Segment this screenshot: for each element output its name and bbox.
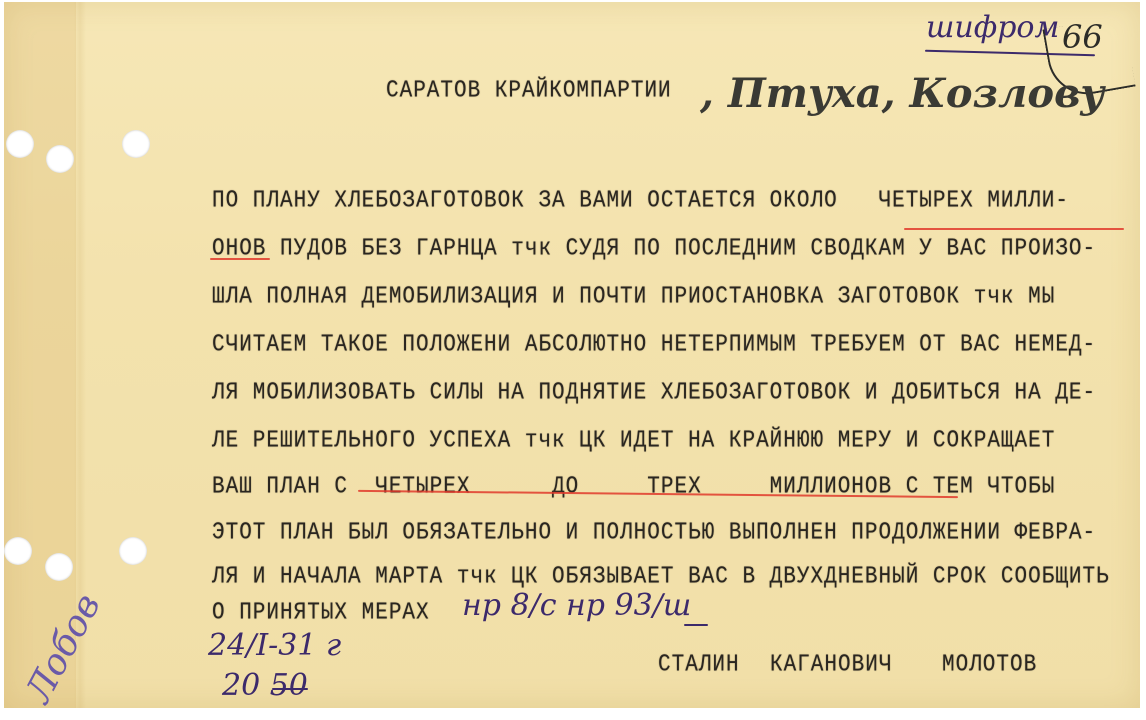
body-line-10: О ПРИНЯТЫХ МЕРАХ	[212, 600, 430, 626]
body-line-8: ЭТОТ ПЛАН БЫЛ ОБЯЗАТЕЛЬНО И ПОЛНОСТЬЮ ВЫ…	[212, 520, 1096, 546]
body-line-2: ОНОВ ПУДОВ БЕЗ ГАРНЦА тчк СУДЯ ПО ПОСЛЕД…	[212, 236, 1096, 262]
addressee-handwritten: , Птуха, Козлову	[700, 70, 1104, 117]
signature-kaganovich: КАГАНОВИЧ	[770, 652, 892, 678]
punch-hole	[4, 537, 32, 565]
registration-underline	[684, 624, 708, 626]
time-handwritten: 20 50	[222, 668, 308, 703]
punch-hole	[122, 130, 150, 158]
signature-molotov: МОЛОТОВ	[942, 652, 1037, 678]
cipher-annotation: шифром	[926, 10, 1059, 45]
registration-note: нр 8/с нр 93/ш	[462, 588, 691, 623]
addressee-typed: САРАТОВ КРАЙКОМПАРТИИ	[386, 78, 672, 104]
time-underline	[272, 688, 308, 690]
body-line-6: ЛЕ РЕШИТЕЛЬНОГО УСПЕХА тчк ЦК ИДЕТ НА КР…	[212, 428, 1055, 454]
body-line-5: ЛЯ МОБИЛИЗОВАТЬ СИЛЫ НА ПОДНЯТИЕ ХЛЕБОЗА…	[212, 380, 1096, 406]
red-underline-onov	[210, 258, 270, 260]
signatures: СТАЛИН КАГАНОВИЧ МОЛОТОВ	[658, 652, 1058, 682]
signature-stalin: СТАЛИН	[658, 652, 740, 678]
punch-hole	[119, 537, 147, 565]
body-line-1: ПО ПЛАНУ ХЛЕБОЗАГОТОВОК ЗА ВАМИ ОСТАЕТСЯ…	[212, 188, 1069, 214]
punch-hole	[6, 130, 34, 158]
body-line-3: ШЛА ПОЛНАЯ ДЕМОБИЛИЗАЦИЯ И ПОЧТИ ПРИОСТА…	[212, 284, 1055, 310]
date-handwritten: 24/I-31 г	[208, 628, 341, 663]
red-underline-four-million	[904, 228, 1124, 230]
punch-hole	[46, 145, 74, 173]
body-line-4: СЧИТАЕМ ТАКОЕ ПОЛОЖЕНИ АБСОЛЮТНО НЕТЕРПИ…	[212, 332, 1096, 358]
body-line-9: ЛЯ И НАЧАЛА МАРТА тчк ЦК ОБЯЗЫВАЕТ ВАС В…	[212, 564, 1110, 590]
punch-hole	[45, 553, 73, 581]
